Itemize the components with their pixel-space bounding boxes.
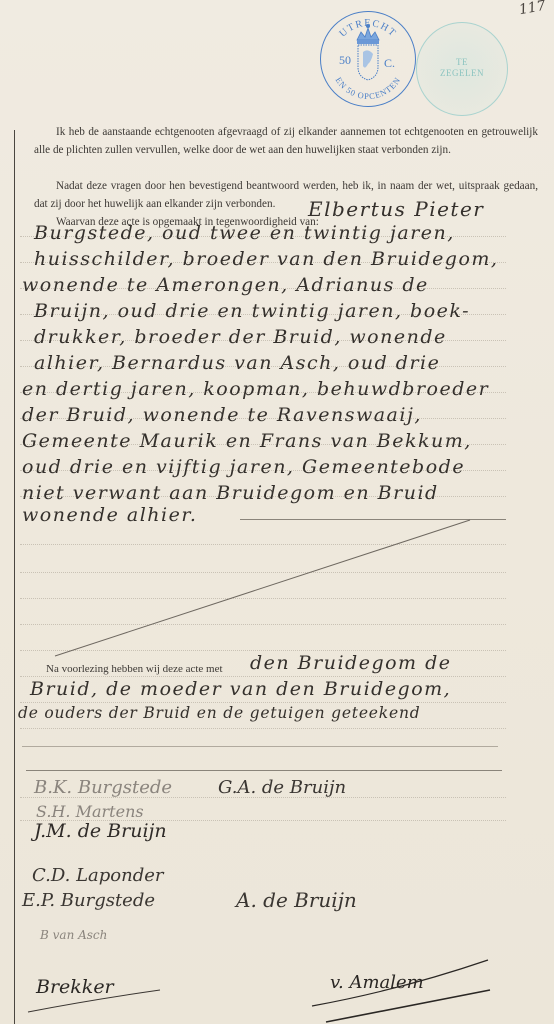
document-page: 117 UTRECHT EN 50 OPCENTEN 50 C. bbox=[0, 0, 554, 1024]
signature-flourishes bbox=[0, 0, 554, 1024]
